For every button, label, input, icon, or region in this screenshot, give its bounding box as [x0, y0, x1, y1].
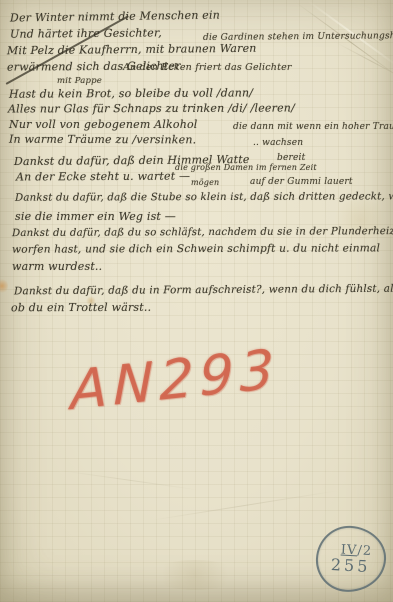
- scanned-manuscript-page: { "manuscript": { "lines": [ "Der Winter…: [0, 0, 393, 602]
- margin-note: die Gardinen stehen im Untersuchungshaus: [203, 31, 393, 43]
- interline-insertion: die großen Damen im fernen Zeit: [175, 163, 317, 172]
- handwritten-line: Dankst du dafür, daß die Stube so klein …: [15, 191, 393, 203]
- handwritten-line: An der Ecke steht u. wartet —: [16, 170, 190, 184]
- handwritten-line: warm wurdest..: [12, 260, 102, 273]
- handwritten-line: sie die immer ein Weg ist —: [15, 210, 176, 223]
- margin-note: .. wachsen: [253, 138, 303, 148]
- handwritten-line: ob du ein Trottel wärst..: [11, 301, 151, 314]
- margin-note: auf der Gummi lauert: [250, 177, 353, 187]
- handwritten-line: Nur voll von gebogenem Alkohol: [9, 118, 198, 131]
- archive-stamp-number: 255: [330, 556, 370, 575]
- handwritten-line: In warme Träume zu /versinken.: [9, 133, 196, 147]
- margin-note: An den Ecken friert das Gelichter: [123, 62, 292, 73]
- margin-note: bereit: [277, 153, 305, 163]
- handwritten-line: Mit Pelz die Kaufherrn, mit braunen Ware…: [7, 42, 257, 58]
- interline-insertion: mit Pappe: [57, 76, 102, 86]
- handwritten-line: Alles nur Glas für Schnaps zu trinken /d…: [8, 101, 295, 115]
- handwritten-line: Hast du kein Brot, so bleibe du voll /da…: [9, 86, 253, 100]
- interline-insertion: mögen: [191, 178, 219, 187]
- margin-note: die dann mit wenn ein hoher Traum: [233, 122, 393, 132]
- handwritten-line: worfen hast, und sie dich ein Schwein sc…: [12, 242, 380, 255]
- handwritten-line: Dankst du dafür, daß du so schläfst, nac…: [12, 226, 393, 239]
